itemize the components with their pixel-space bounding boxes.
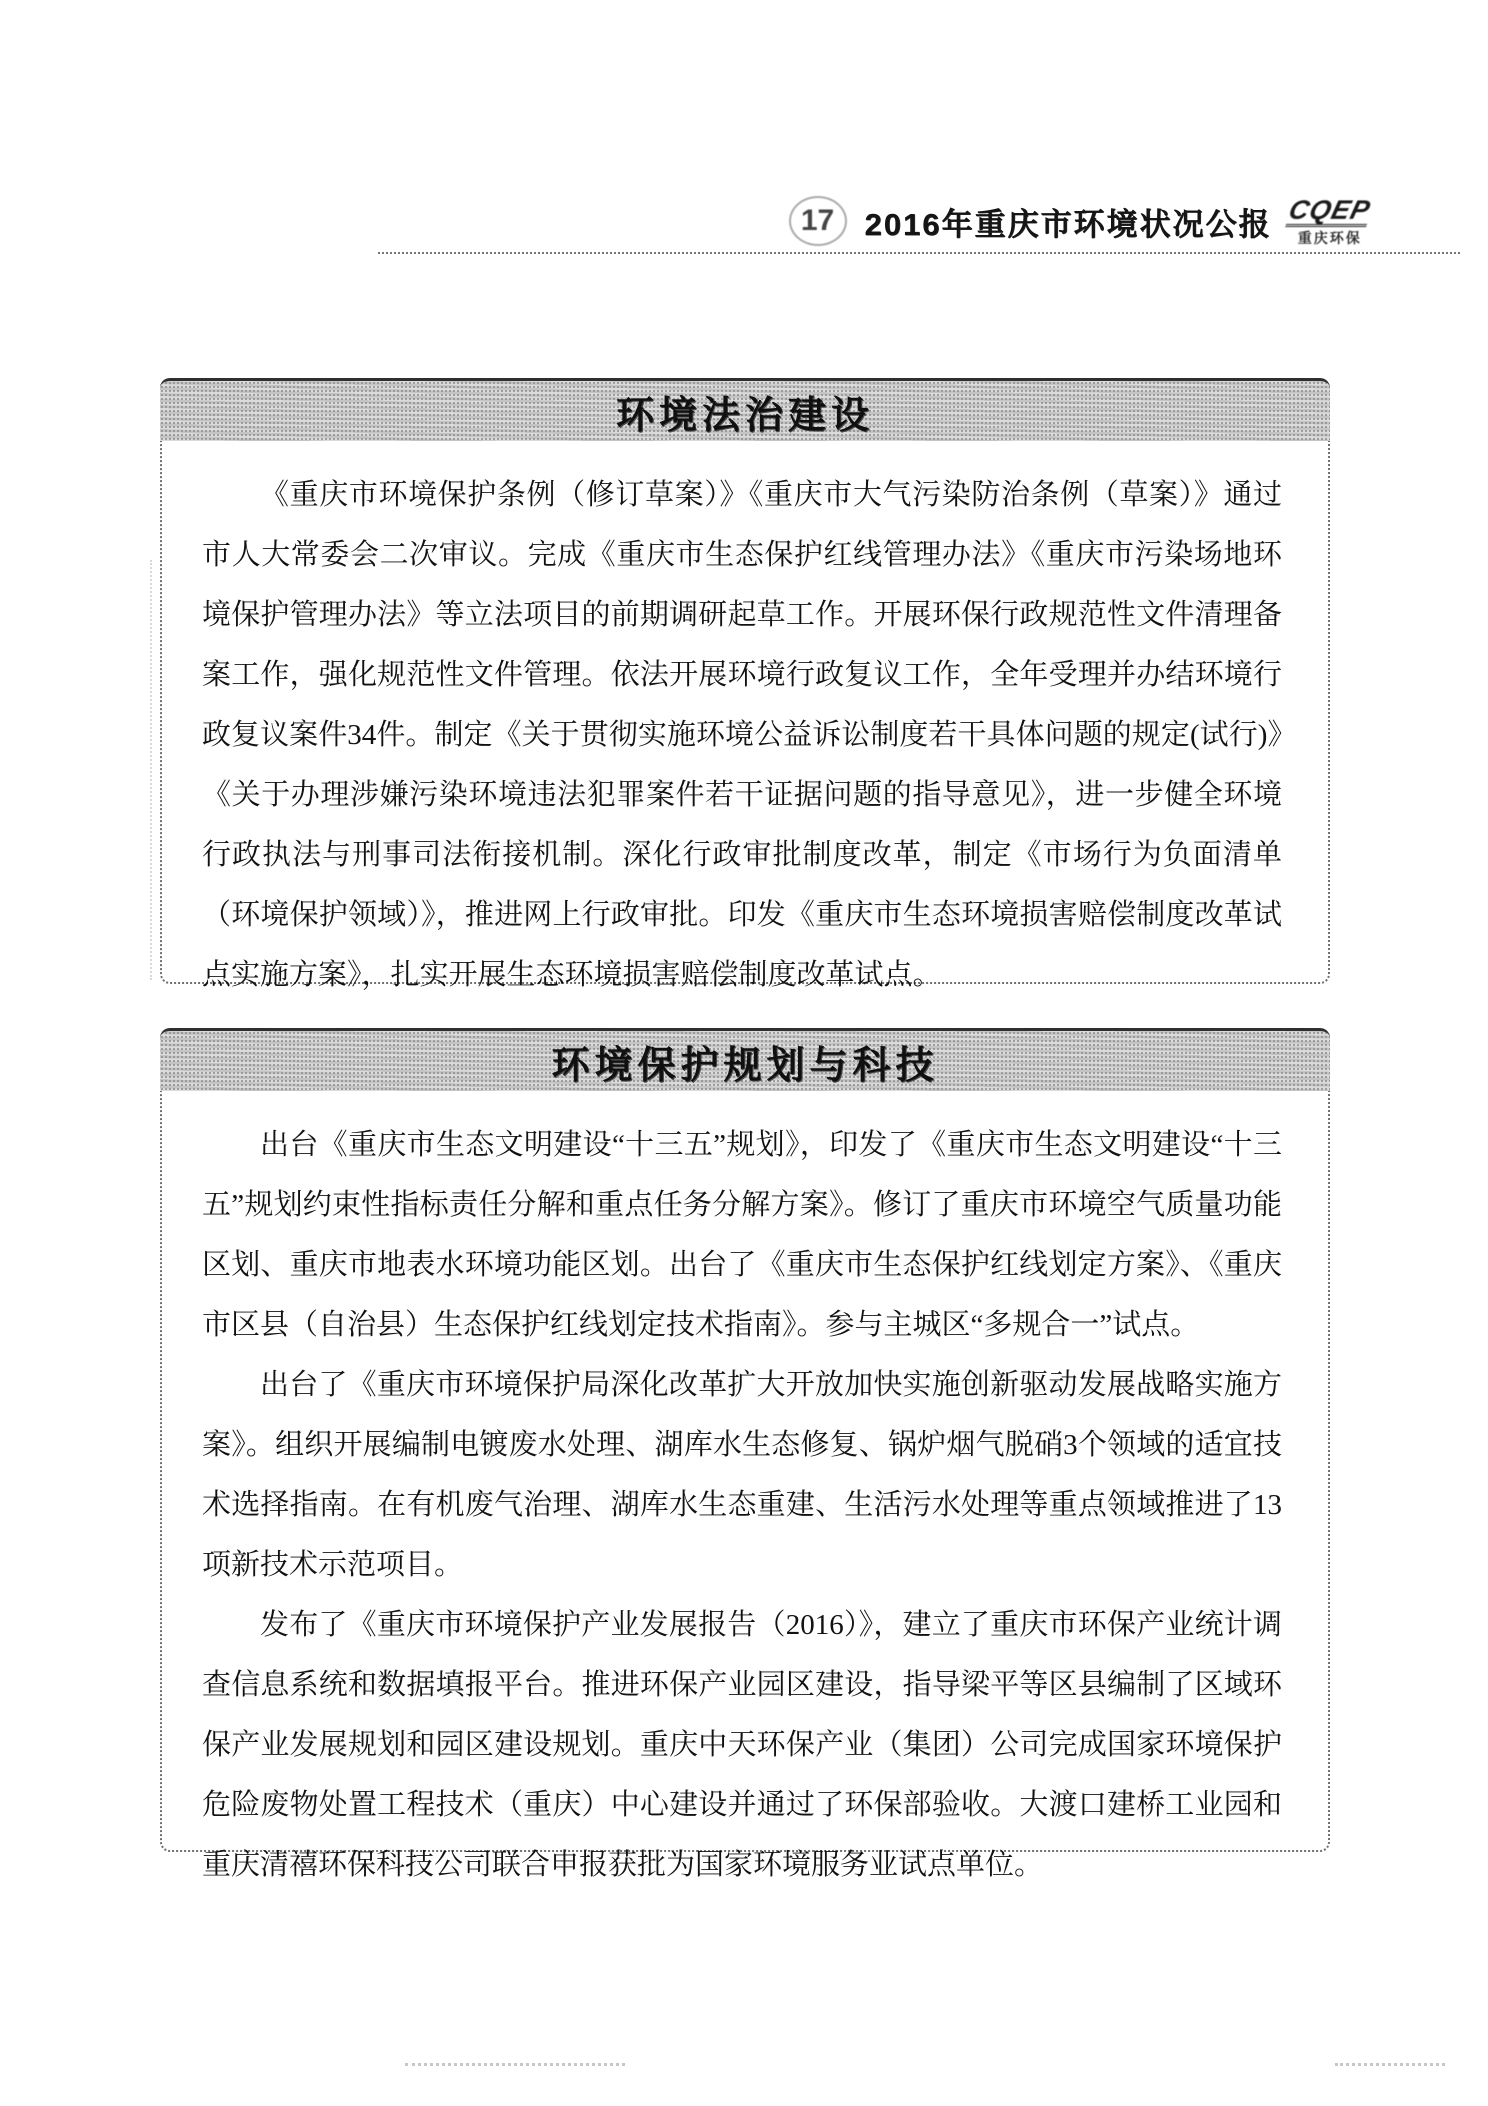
section-title-planning: 环境保护规划与科技 [551, 1034, 938, 1089]
logo-wordmark: CQEP [1286, 197, 1374, 227]
page-header: 17 2016年重庆市环境状况公报 CQEP 重庆环保 [0, 196, 1488, 246]
paragraph: 发布了《重庆市环境保护产业发展报告（2016）》，建立了重庆市环保产业统计调查信… [202, 1595, 1282, 1895]
agency-logo: CQEP 重庆环保 [1289, 197, 1370, 245]
paragraph: 出台《重庆市生态文明建设“十三五”规划》，印发了《重庆市生态文明建设“十三五”规… [202, 1115, 1282, 1355]
section-panel-law: 环境法治建设 《重庆市环境保护条例（修订草案）》《重庆市大气污染防治条例（草案）… [160, 378, 1330, 984]
section-body-planning: 出台《重庆市生态文明建设“十三五”规划》，印发了《重庆市生态文明建设“十三五”规… [162, 1091, 1328, 1895]
section-banner-planning: 环境保护规划与科技 [160, 1028, 1330, 1091]
document-title: 2016年重庆市环境状况公报 [865, 199, 1272, 244]
scan-artifact-dots [1335, 2063, 1445, 2066]
section-panel-planning: 环境保护规划与科技 出台《重庆市生态文明建设“十三五”规划》，印发了《重庆市生态… [160, 1028, 1330, 1852]
page-number: 17 [801, 204, 834, 238]
section-title-law: 环境法治建设 [616, 384, 874, 439]
scan-artifact-dots [405, 2063, 625, 2066]
page-number-badge: 17 [789, 196, 847, 246]
scan-artifact-edge-line [150, 560, 152, 980]
section-banner-law: 环境法治建设 [160, 378, 1330, 441]
logo-subtext: 重庆环保 [1289, 231, 1370, 245]
header-divider [378, 252, 1460, 254]
paragraph: 《重庆市环境保护条例（修订草案）》《重庆市大气污染防治条例（草案）》通过市人大常… [202, 465, 1282, 1005]
section-body-law: 《重庆市环境保护条例（修订草案）》《重庆市大气污染防治条例（草案）》通过市人大常… [162, 441, 1328, 1005]
paragraph: 出台了《重庆市环境保护局深化改革扩大开放加快实施创新驱动发展战略实施方案》。组织… [202, 1355, 1282, 1595]
